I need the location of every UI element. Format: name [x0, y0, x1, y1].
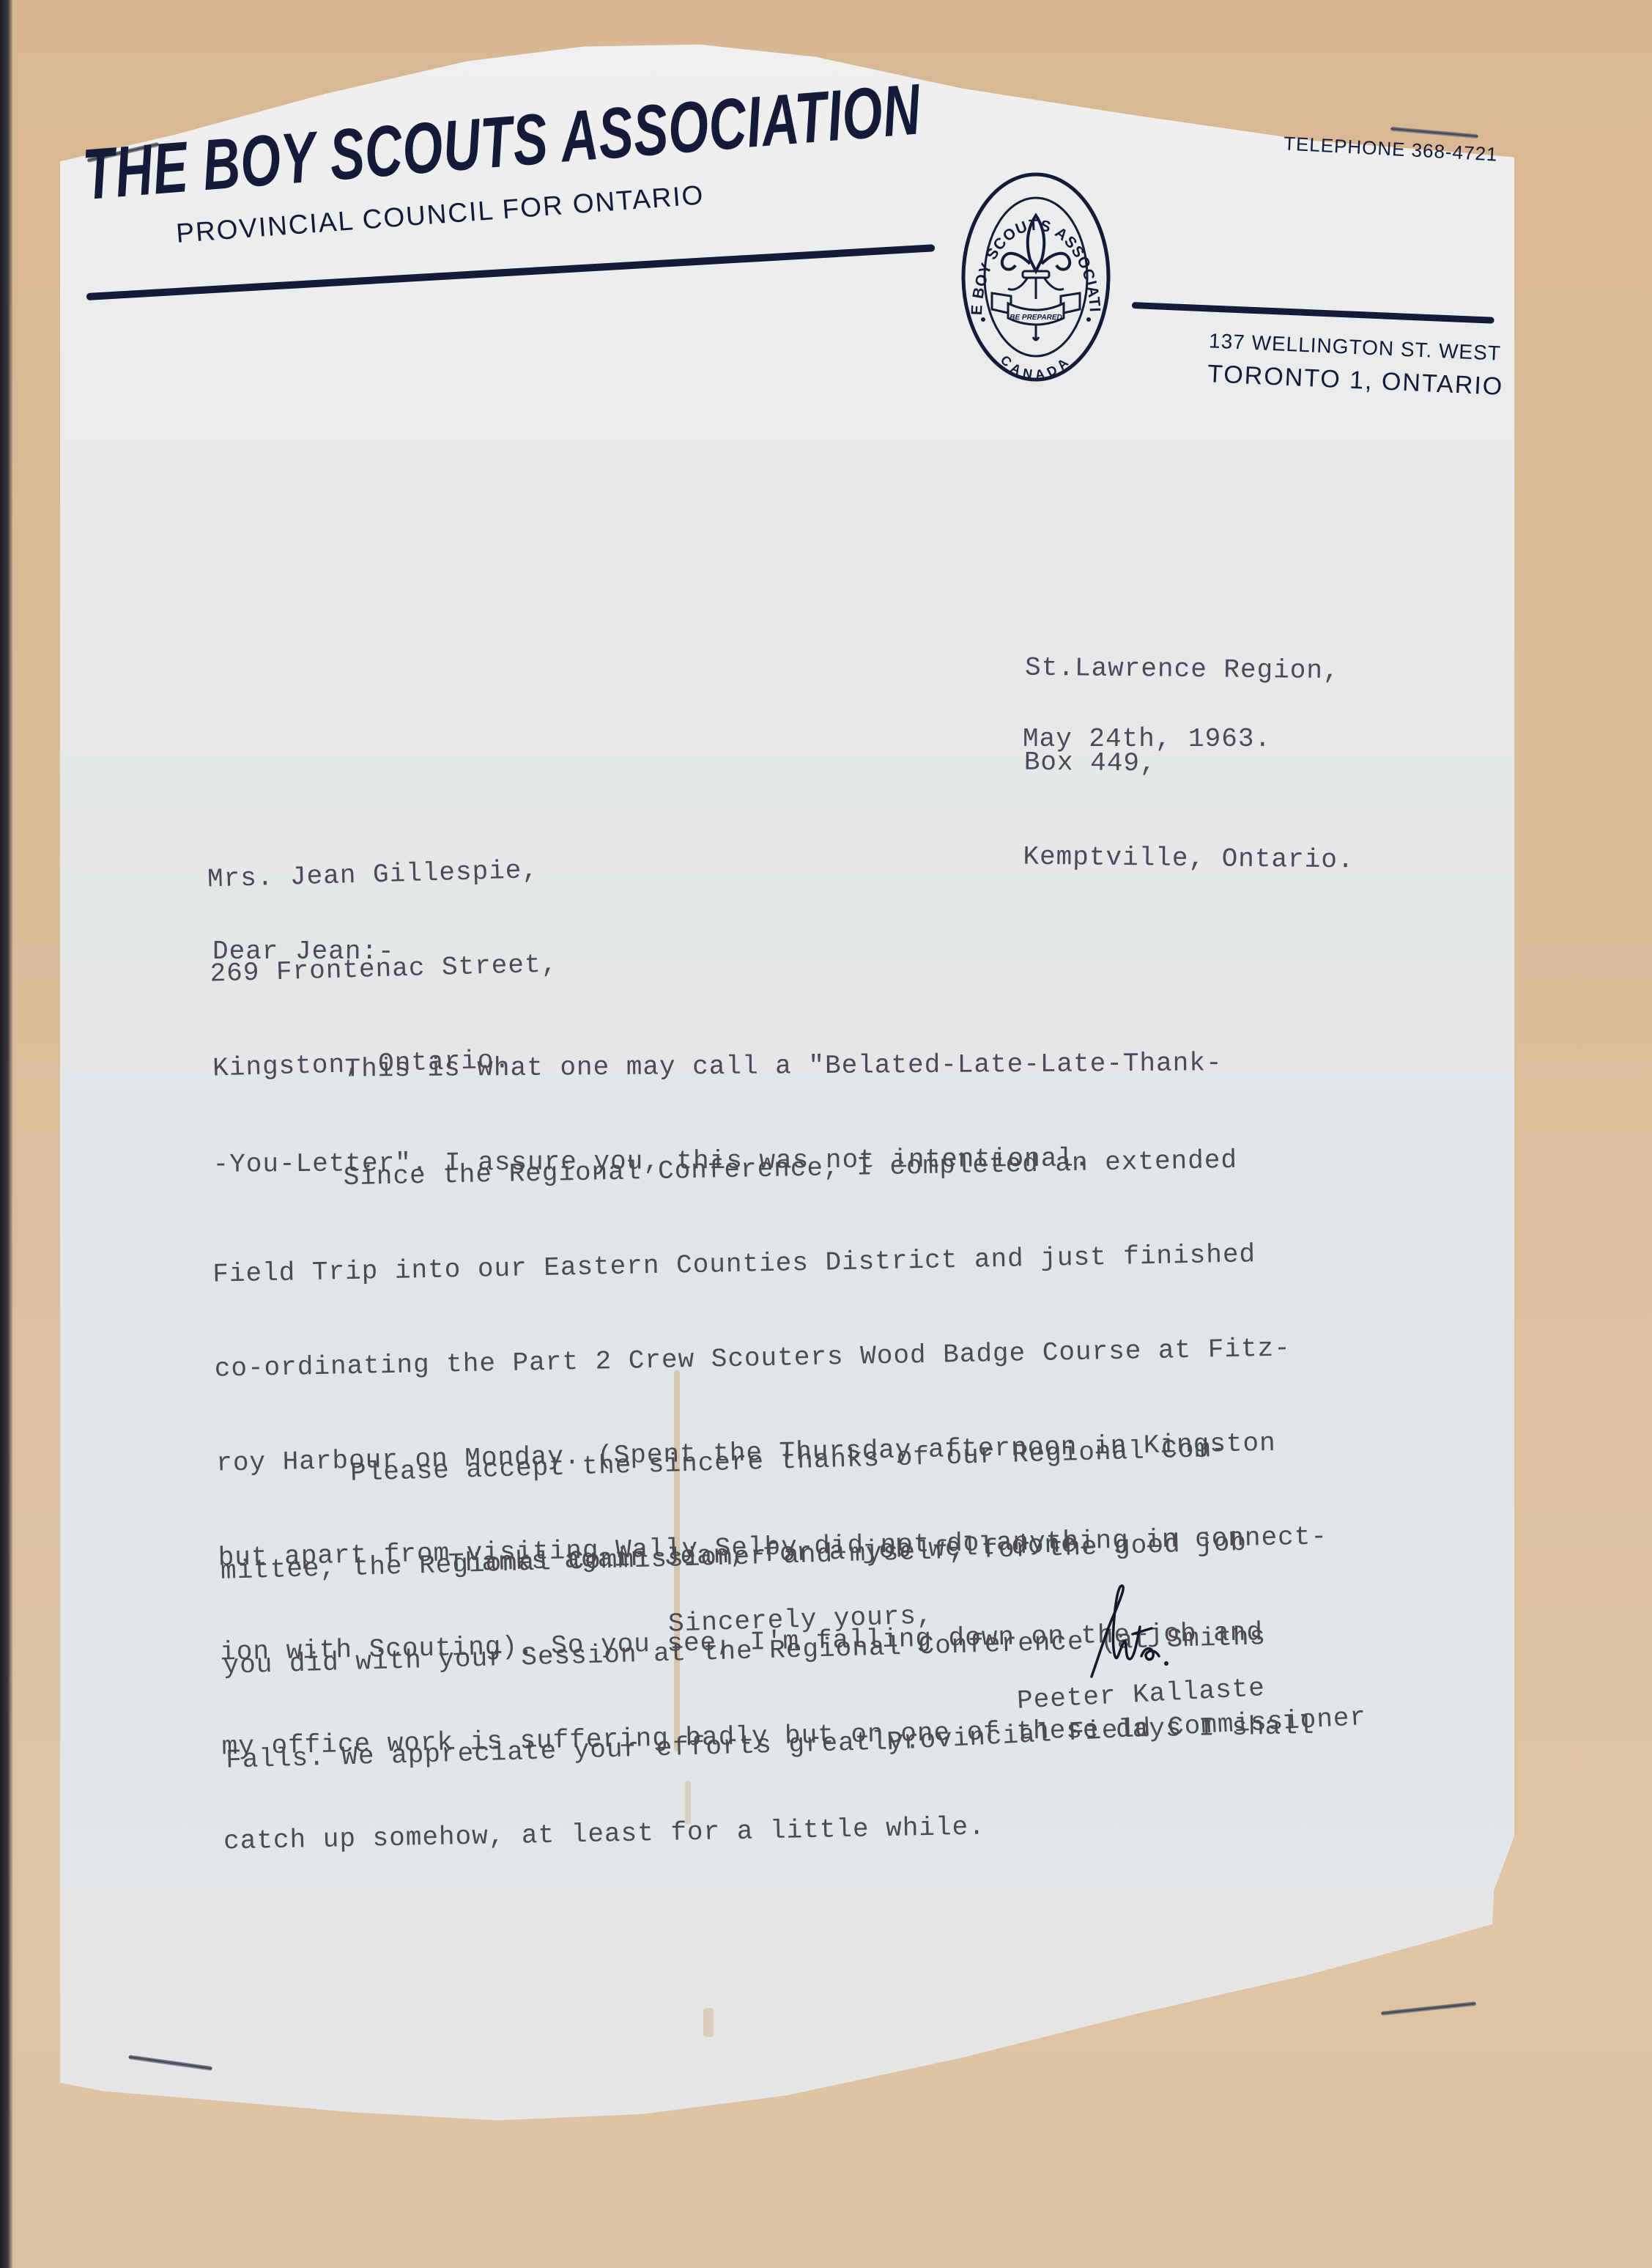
- body-line: catch up somehow, at least for a little …: [223, 1803, 1333, 1858]
- scrapbook-binding-edge: [0, 0, 13, 2268]
- svg-text:BE PREPARED: BE PREPARED: [1010, 314, 1062, 322]
- salutation: Dear Jean:-: [212, 937, 395, 967]
- body-line: Field Trip into our Eastern Counties Dis…: [212, 1236, 1322, 1292]
- fleur-de-lis-emblem-icon: THE BOY SCOUTS ASSOCIATION CANADA BE PRE…: [960, 170, 1112, 384]
- sender-address-line: St.Lawrence Region,: [1025, 651, 1357, 689]
- body-line: Since the Regional Conference, I complet…: [210, 1142, 1320, 1197]
- recipient-address-line: Mrs. Jean Gillespie,: [207, 852, 555, 896]
- staple-bottom-right: [1381, 2001, 1476, 2016]
- body-line: Please accept the sincere thanks of our …: [218, 1430, 1262, 1494]
- sender-address-line: Kemptville, Ontario.: [1023, 840, 1355, 878]
- rust-stain: [703, 2008, 714, 2037]
- staple-top-right: [1390, 127, 1478, 138]
- body-line: This is what one may call a "Belated-Lat…: [212, 1046, 1223, 1087]
- handwritten-signature-icon: [1070, 1583, 1194, 1685]
- letter-date: May 24th, 1963.: [1023, 724, 1271, 754]
